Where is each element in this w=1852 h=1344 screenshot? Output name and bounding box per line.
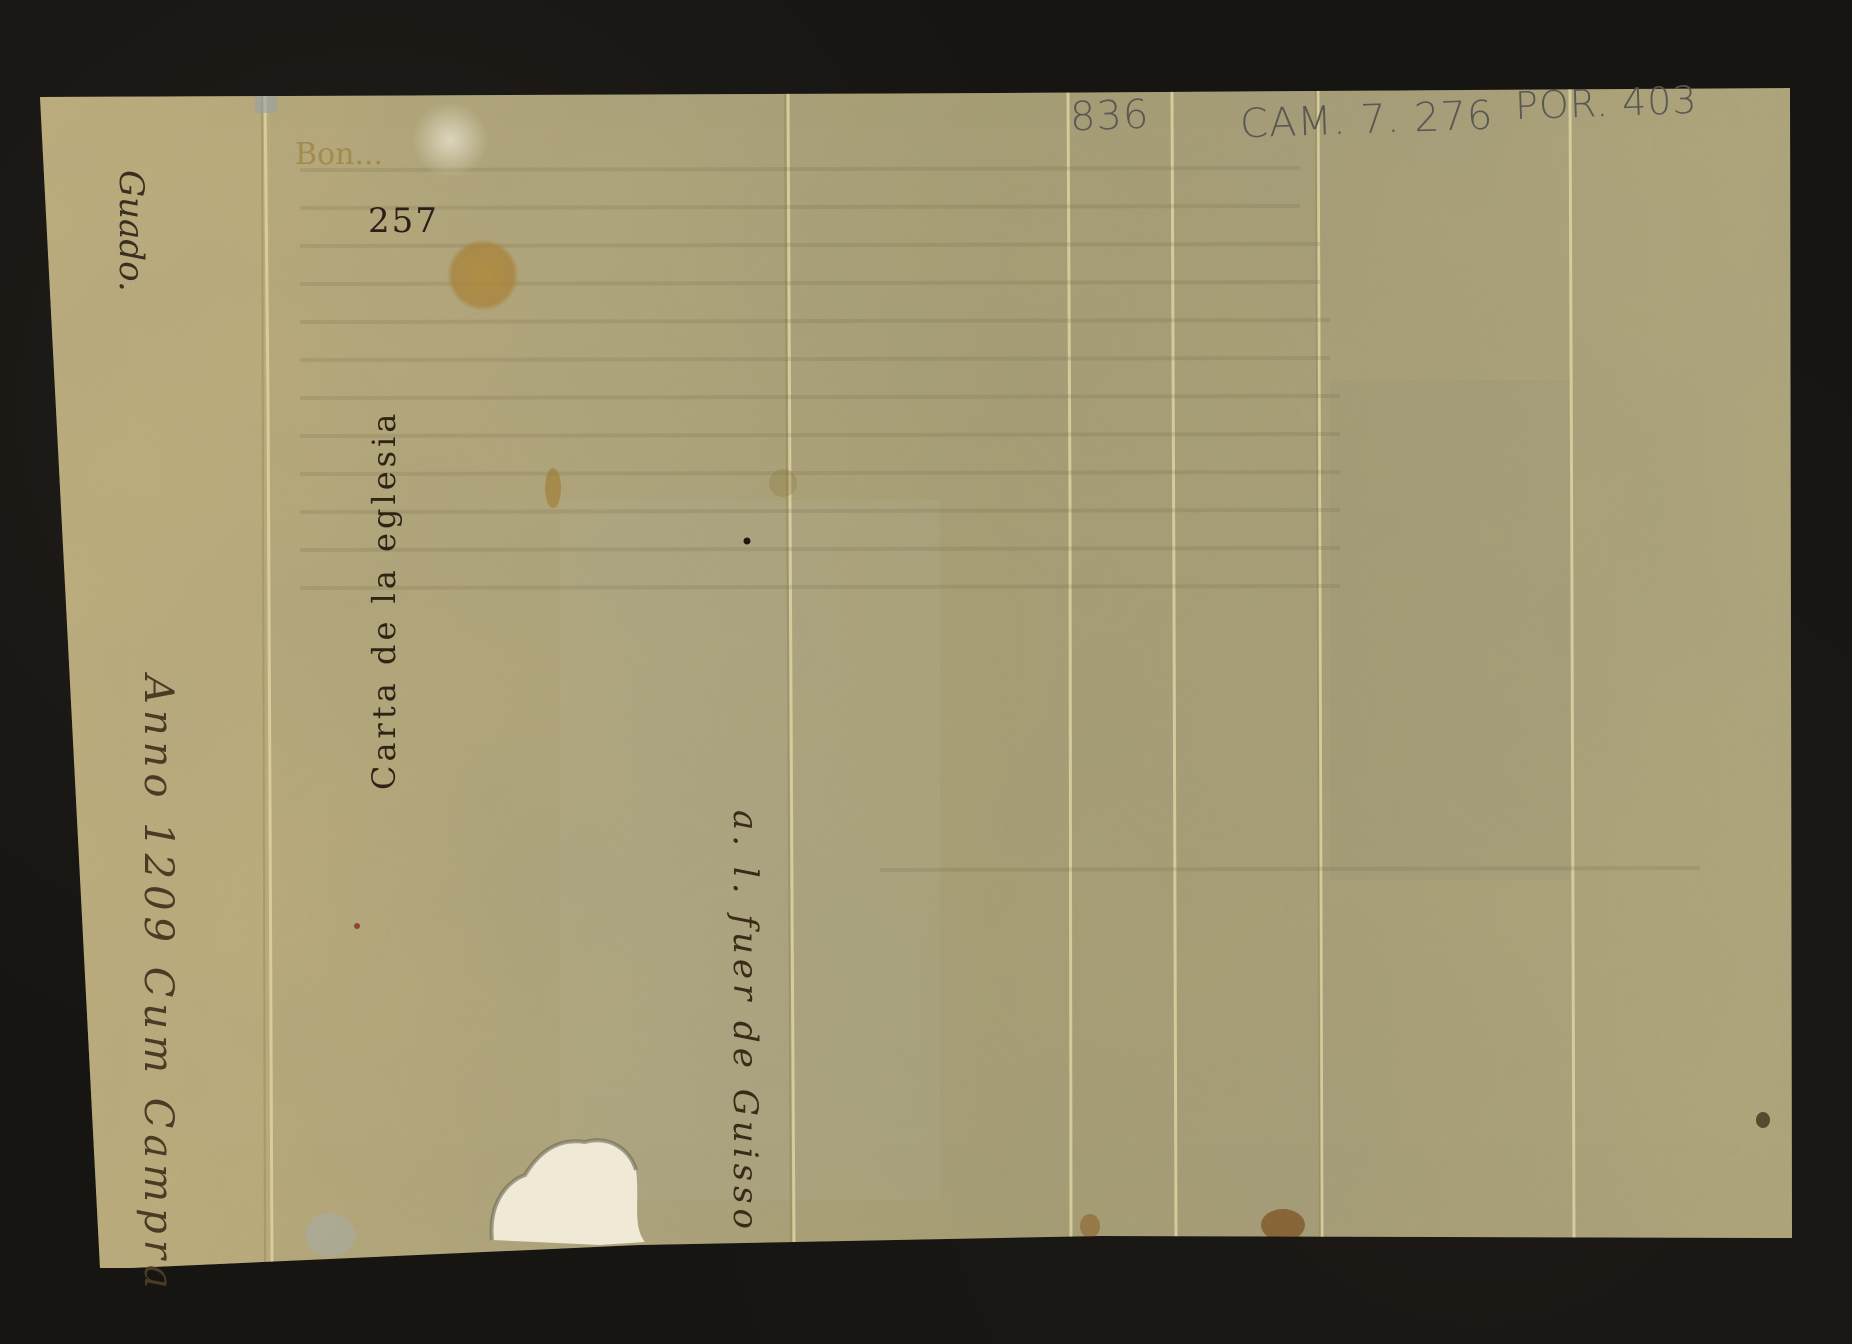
parchment-sheet bbox=[0, 0, 1852, 1344]
margin-note-top: Guado. bbox=[114, 170, 148, 292]
folio-number: 257 bbox=[368, 204, 439, 238]
margin-note-bottom: Anno 1209 Cum Campra bbox=[138, 675, 178, 1295]
archive-reference: POR. 403 bbox=[1514, 81, 1698, 125]
lower-vertical-note: a. l. fuer de Guisso bbox=[728, 810, 762, 1234]
faded-heading: Bon... bbox=[295, 140, 383, 170]
shelfmark-code: CAM. 7. 276 bbox=[1239, 96, 1494, 145]
middle-vertical-note: Carta de la eglesia bbox=[368, 410, 400, 790]
scan-background: 836 CAM. 7. 276 POR. 403 257 Bon... Guad… bbox=[0, 0, 1852, 1344]
shelfmark-number: 836 bbox=[1069, 95, 1150, 138]
